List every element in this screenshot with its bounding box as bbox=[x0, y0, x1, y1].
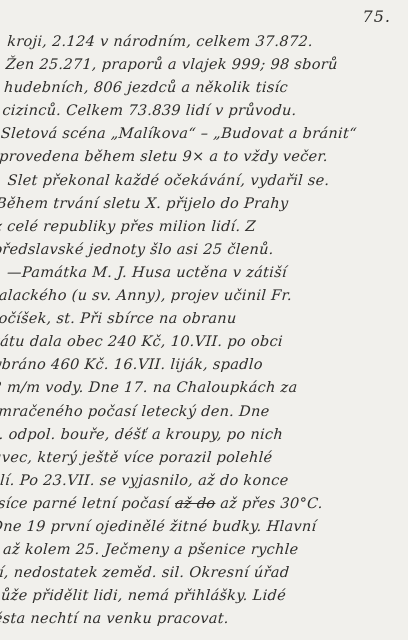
manuscript-line: vybráno 460 Kč. 16.VII. liják, spadlo bbox=[0, 354, 381, 377]
manuscript-line: žně až kolem 25. Ječmeny a pšenice rychl… bbox=[0, 539, 368, 562]
manuscript-line: cizinců. Celkem 73.839 lidí v průvodu. bbox=[2, 100, 400, 123]
manuscript-line: Sletová scéna „Malíkova“ – „Budovat a br… bbox=[0, 123, 398, 146]
manuscript-text: kroji, 2.124 v národním, celkem 37.872. … bbox=[0, 31, 404, 631]
manuscript-line: Palackého (u sv. Anny), projev učinil Fr… bbox=[0, 285, 386, 308]
manuscript-line: provedena během sletu 9× a to vždy večer… bbox=[0, 146, 396, 169]
manuscript-line: Kočíšek, st. Při sbírce na obranu bbox=[0, 308, 385, 331]
manuscript-line: předslavské jednoty šlo asi 25 členů. bbox=[0, 239, 389, 262]
manuscript-line: nemůže přidělit lidi, nemá přihlášky. Li… bbox=[0, 585, 365, 608]
manuscript-line: Během trvání sletu X. přijelo do Prahy bbox=[0, 193, 393, 216]
manuscript-line: lijavec, který ještě více porazil polehl… bbox=[0, 447, 375, 470]
manuscript-line: 42 m/m vody. Dne 17. na Chaloupkách za bbox=[0, 377, 380, 400]
manuscript-line: kroji, 2.124 v národním, celkem 37.872. bbox=[6, 31, 404, 54]
manuscript-line: Dne 19 první ojedinělé žitné budky. Hlav… bbox=[0, 516, 370, 539]
manuscript-line: zamračeného počasí letecký den. Dne bbox=[0, 401, 378, 424]
manuscript-line-with-strike: měsíce parné letní počasí až do až přes … bbox=[0, 493, 372, 516]
line-text-before-strike: měsíce parné letní počasí bbox=[0, 496, 176, 512]
page-number: 75. bbox=[363, 7, 391, 26]
manuscript-line: Žen 25.271, praporů a vlajek 999; 98 sbo… bbox=[5, 54, 403, 77]
manuscript-line: —Památka M. J. Husa uctěna v zátiší bbox=[0, 262, 388, 285]
line-text-after-strike: až přes 30°C. bbox=[215, 496, 324, 512]
manuscript-line: z celé republiky přes milion lidí. Z bbox=[0, 216, 391, 239]
manuscript-line: z města nechtí na venku pracovat. bbox=[0, 608, 364, 631]
manuscript-line: Slet překonal každé očekávání, vydařil s… bbox=[0, 170, 394, 193]
manuscript-line: státu dala obec 240 Kč, 10.VII. po obci bbox=[0, 331, 383, 354]
strikethrough-text: až do bbox=[174, 496, 216, 512]
manuscript-line: hudebních, 806 jezdců a několik tisíc bbox=[3, 77, 401, 100]
manuscript-line: zrají, nedostatek zeměd. sil. Okresní úř… bbox=[0, 562, 367, 585]
manuscript-line: 21. odpol. bouře, déšť a kroupy, po nich bbox=[0, 424, 377, 447]
manuscript-line: obilí. Po 23.VII. se vyjasnilo, až do ko… bbox=[0, 470, 373, 493]
manuscript-page: 75. kroji, 2.124 v národním, celkem 37.8… bbox=[0, 0, 408, 640]
